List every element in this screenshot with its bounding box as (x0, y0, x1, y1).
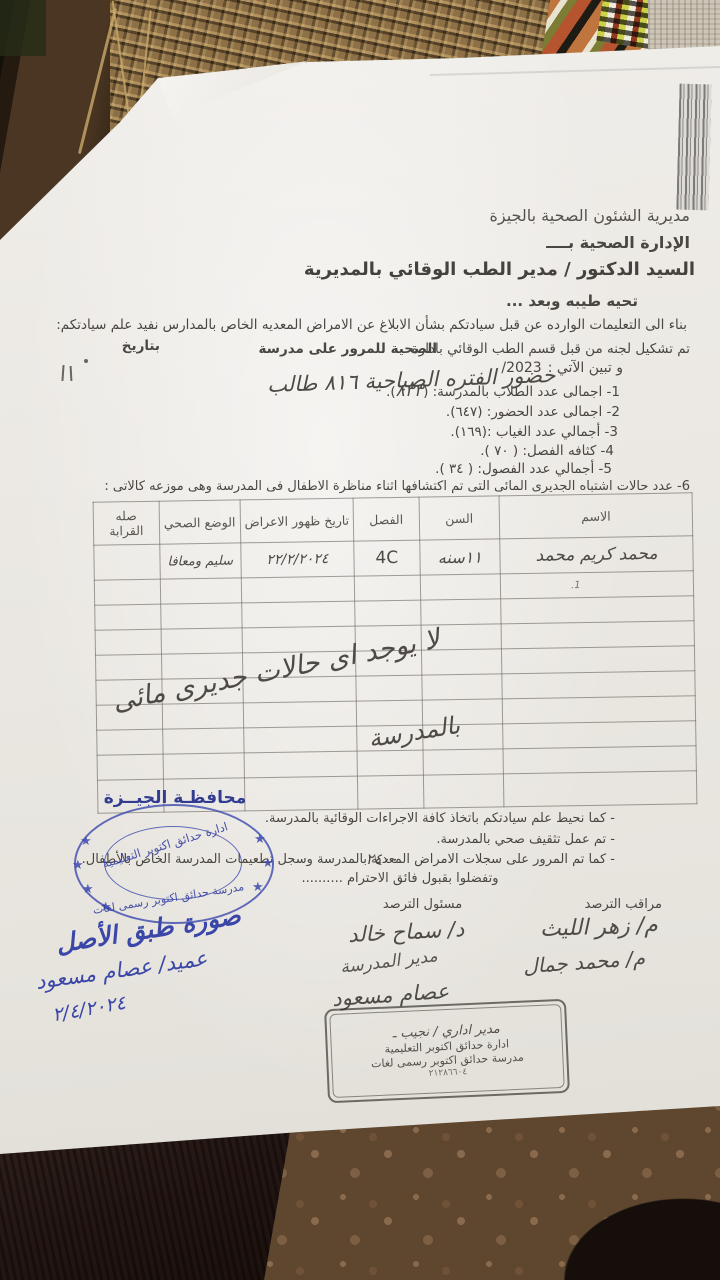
list-item-4: 4- كثافه الفصل: ( ٧٠ ). (480, 443, 614, 459)
stamp-governorate-text: محافظـة الجيــزة (66, 788, 284, 808)
star-icon: ★ (252, 880, 264, 895)
cell-class: 4C (354, 540, 420, 576)
school-phrase: الصحية للمرور على مدرسة (259, 341, 438, 357)
dept-line-1: مديرية الشئون الصحية بالجيزة (490, 206, 690, 225)
list-item-5: 5- أجمالي عدد الفصول: ( ٣٤ ). (435, 461, 612, 477)
dark-corner (0, 0, 46, 56)
monitor-signature-1: م/ زهر الليث (540, 913, 659, 942)
photo-of-document: مديرية الشئون الصحية بالجيزة الإدارة الص… (0, 0, 720, 1280)
rect-admin-stamp: مدير اداري / نجيب ـ ادارة حدائق اكتوبر ا… (324, 999, 570, 1103)
cell-name: محمد كريم محمد (500, 536, 693, 574)
col-kinship: صله القرابة (93, 501, 159, 545)
rect-stamp-number: ٢١٢٨٦٦٠٤ (428, 1067, 467, 1079)
col-symptom-date: تاريخ ظهور الاعراض (240, 498, 354, 543)
col-health-status: الوضع الصحي (159, 500, 241, 544)
cell-age: ١١سنه (419, 539, 500, 575)
rect-stamp-content: مدير اداري / نجيب ـ ادارة حدائق اكتوبر ا… (329, 1004, 564, 1098)
bullet3-handwritten-number: ٢٤٠٠ (366, 850, 398, 868)
date-word: بتاريخ (122, 338, 160, 354)
cell-date: ٢٢/٢/٢٠٢٤ (241, 541, 355, 578)
year-text: و تبين الآتي : (548, 360, 623, 376)
pencil-dot (84, 359, 88, 363)
closing-bullet-2: - تم عمل تثقيف صحي بالمدرسة. (436, 832, 615, 847)
col-age: السن (419, 496, 500, 540)
body-para-1: بناء الى التعليمات الوارده عن قبل سيادتك… (56, 317, 687, 333)
oval-school-stamp: ★ ★ ★ ★ ★ ★ ★ محافظـة الجيــزة ادارة حدا… (66, 786, 284, 928)
monitor-label: مراقب الترصد (585, 897, 662, 912)
col-name: الاسم (499, 493, 693, 539)
cell-kinship (94, 544, 160, 580)
dept-line-2: الإدارة الصحية بــــ (546, 233, 690, 252)
list-item-3: 3- أجمالي عدد الغياب :(١٦٩). (450, 424, 618, 440)
greeting-line: تحيه طيبه وبعد ... (506, 292, 638, 310)
row2-scribble: 1. (500, 571, 693, 599)
addressee-line: السيد الدكتور / مدير الطب الوقائي بالمدي… (304, 259, 695, 280)
closing-bullet-1: - كما نحيط علم سيادتكم باتخاذ كافة الاجر… (265, 811, 615, 826)
star-icon: ★ (254, 832, 266, 847)
star-icon: ★ (262, 856, 274, 871)
respect-line: وتفضلوا بقبول فائق الاحترام .......... (290, 871, 510, 886)
toner-streak (676, 84, 711, 211)
cell-status: سليم ومعافا (159, 543, 241, 579)
officer-label: مسئول الترصد (375, 897, 470, 912)
list-item-6: 6- عدد حالات اشتباه الجديرى المائى التى … (104, 479, 690, 494)
committee-phrase: تم تشكيل لجنه من قبل قسم الطب الوقائي با… (412, 341, 690, 357)
star-icon: ★ (80, 834, 92, 849)
col-class: الفصل (353, 497, 419, 541)
list-item-2: 2- اجمالى عدد الحضور: (٦٤٧). (446, 404, 620, 420)
star-icon: ★ (82, 882, 94, 897)
star-icon: ★ (72, 858, 84, 873)
